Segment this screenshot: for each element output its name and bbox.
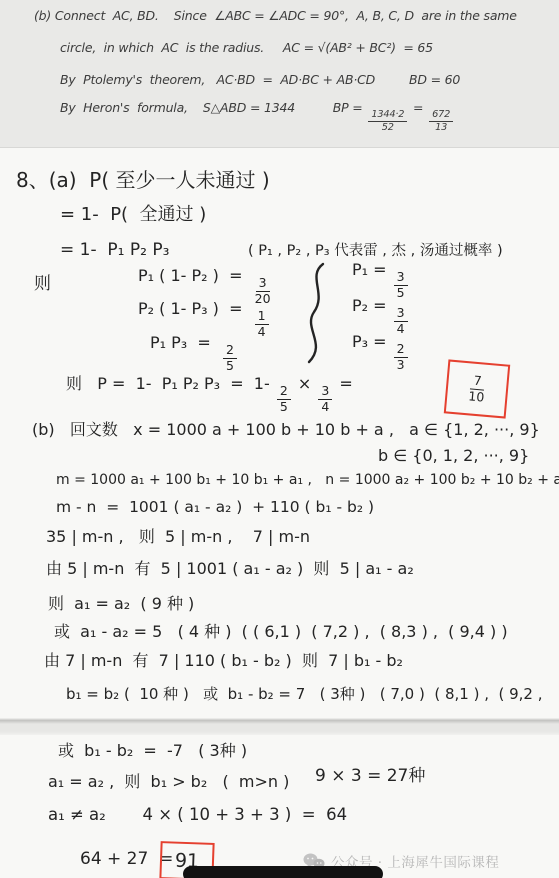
prev-line-circle: circle, in which AC is the radius. AC = … [60,40,433,56]
part-b-def-mn: m = 1000 a₁ + 100 b₁ + 10 b₁ + a₁ , n = … [56,472,559,490]
part-a-solution-1: P₁ = 35 [352,260,410,299]
part-a-equation-3: P₁ P₃ = 25 [150,333,239,372]
part-b-case-a-equal: 则 a₁ = a₂ ( 9 种 ) [48,594,194,614]
part-a-title: 8、(a) P( 至少一人未通过 ) [16,168,270,193]
part-b-intro: (b) 回文数 x = 1000 a + 100 b + 10 b + a , … [32,420,540,440]
system-brace-icon [299,262,333,364]
part-b-diff: m - n = 1001 ( a₁ - a₂ ) + 110 ( b₁ - b₂… [56,498,374,517]
part-b-divisibility: 35 | m-n , 则 5 | m-n , 7 | m-n [46,527,310,547]
part-b-case-b: b₁ = b₂ ( 10 种 ) 或 b₁ - b₂ = 7 ( 3种 ) ( … [66,685,543,704]
part-a-solution-3: P₃ = 23 [352,332,410,371]
part-b-count-diff: a₁ ≠ a₂ 4 × ( 10 + 3 + 3 ) = 64 [48,805,347,826]
part-b-by5: 由 5 | m-n 有 5 | 1001 ( a₁ - a₂ ) 则 5 | a… [46,559,414,579]
part-a-final-line: 则 P = 1- P₁ P₂ P₃ = 1- 25 × 34 = [66,374,353,413]
part-a-step2: = 1- P₁ P₂ P₃ [60,240,169,261]
part-b-count-equal: a₁ = a₂ , 则 b₁ > b₂ ( m>n ) [48,772,289,792]
part-b-by7: 由 7 | m-n 有 7 | 110 ( b₁ - b₂ ) 则 7 | b₁… [44,651,403,671]
handwritten-notes-photo: (b) Connect AC, BD. Since ∠ABC = ∠ADC = … [0,0,559,878]
part-b-case-b-neg7: 或 b₁ - b₂ = -7 ( 3种 ) [58,741,247,761]
part-b-intro-2: b ∈ {0, 1, 2, ···, 9} [378,446,529,466]
part-a-answer-box: 710 [444,359,510,418]
page-divider [0,718,559,735]
bottom-black-bar[interactable] [183,866,383,878]
part-a-note: ( P₁ , P₂ , P₃ 代表雷 , 杰 , 汤通过概率 ) [248,242,503,260]
part-a-step1: = 1- P( 全通过 ) [60,204,206,227]
part-a-solution-2: P₂ = 34 [352,296,410,335]
part-b-case-a-diff5: 或 a₁ - a₂ = 5 ( 4 种 ) ( ( 6,1 ) ( 7,2 ) … [54,622,508,642]
prev-line-heron: By Heron's formula, S△ABD = 1344 BP = 13… [60,100,455,132]
prev-line-connect: (b) Connect AC, BD. Since ∠ABC = ∠ADC = … [34,8,517,24]
part-a-then-label: 则 [34,274,51,295]
part-b-count-equal-total: 9 × 3 = 27种 [315,766,425,787]
prev-line-ptolemy: By Ptolemy's theorem, AC·BD = AD·BC + AB… [60,72,460,88]
